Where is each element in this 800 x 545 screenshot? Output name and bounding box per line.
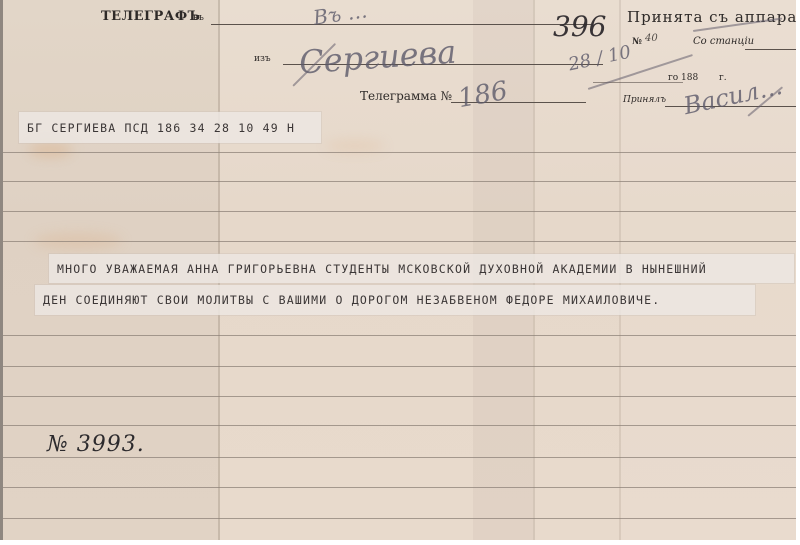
from-station-line [745, 49, 796, 50]
year-label: го 188 [668, 73, 698, 83]
accepted-label: Принялъ [623, 95, 666, 105]
telegram-no-label: Телеграмма № [360, 89, 452, 103]
ruled-line [3, 241, 796, 242]
message-tape-strip-2: ДЕН СОЕДИНЯЮТ СВОИ МОЛИТВЫ С ВАШИМИ О ДО… [35, 285, 755, 315]
ruled-line [3, 366, 796, 367]
year-suffix: г. [719, 73, 727, 83]
telegraph-label: ТЕЛЕГРАФЪ [101, 9, 201, 24]
ruled-line [3, 487, 796, 488]
ruled-line [3, 457, 796, 458]
ruled-line [3, 518, 796, 519]
stain [325, 140, 385, 152]
from-station-label: Со станціи [693, 36, 754, 47]
archive-number: № 3993. [47, 432, 145, 457]
message-tape-strip-1: МНОГО УВАЖАЕМАЯ АННА ГРИГОРЬЕВНА СТУДЕНТ… [49, 254, 794, 283]
handwritten-received-no: 40 [645, 33, 658, 44]
ruled-line [3, 425, 796, 426]
ruled-line [3, 211, 796, 212]
stain [28, 143, 73, 157]
ruled-line [3, 396, 796, 397]
received-heading: Принята съ аппарата [627, 8, 796, 26]
handwritten-reception-no: 396 [553, 10, 606, 43]
ruled-line [3, 181, 796, 182]
telegram-form: ТЕЛЕГРАФЪ въ изъ Телеграмма № Принята съ… [0, 0, 796, 540]
handwritten-telegraph-city: Въ … [312, 0, 369, 30]
from-label: изъ [254, 54, 271, 64]
header-tape-strip: БГ СЕРГИЕВА ПСД 186 34 28 10 49 Н [19, 112, 321, 143]
telegraph-city-line [211, 24, 591, 25]
ruled-line [3, 335, 796, 336]
ruled-line [3, 152, 796, 153]
received-no-label: № [632, 37, 642, 47]
telegraph-suffix: въ [193, 13, 204, 23]
